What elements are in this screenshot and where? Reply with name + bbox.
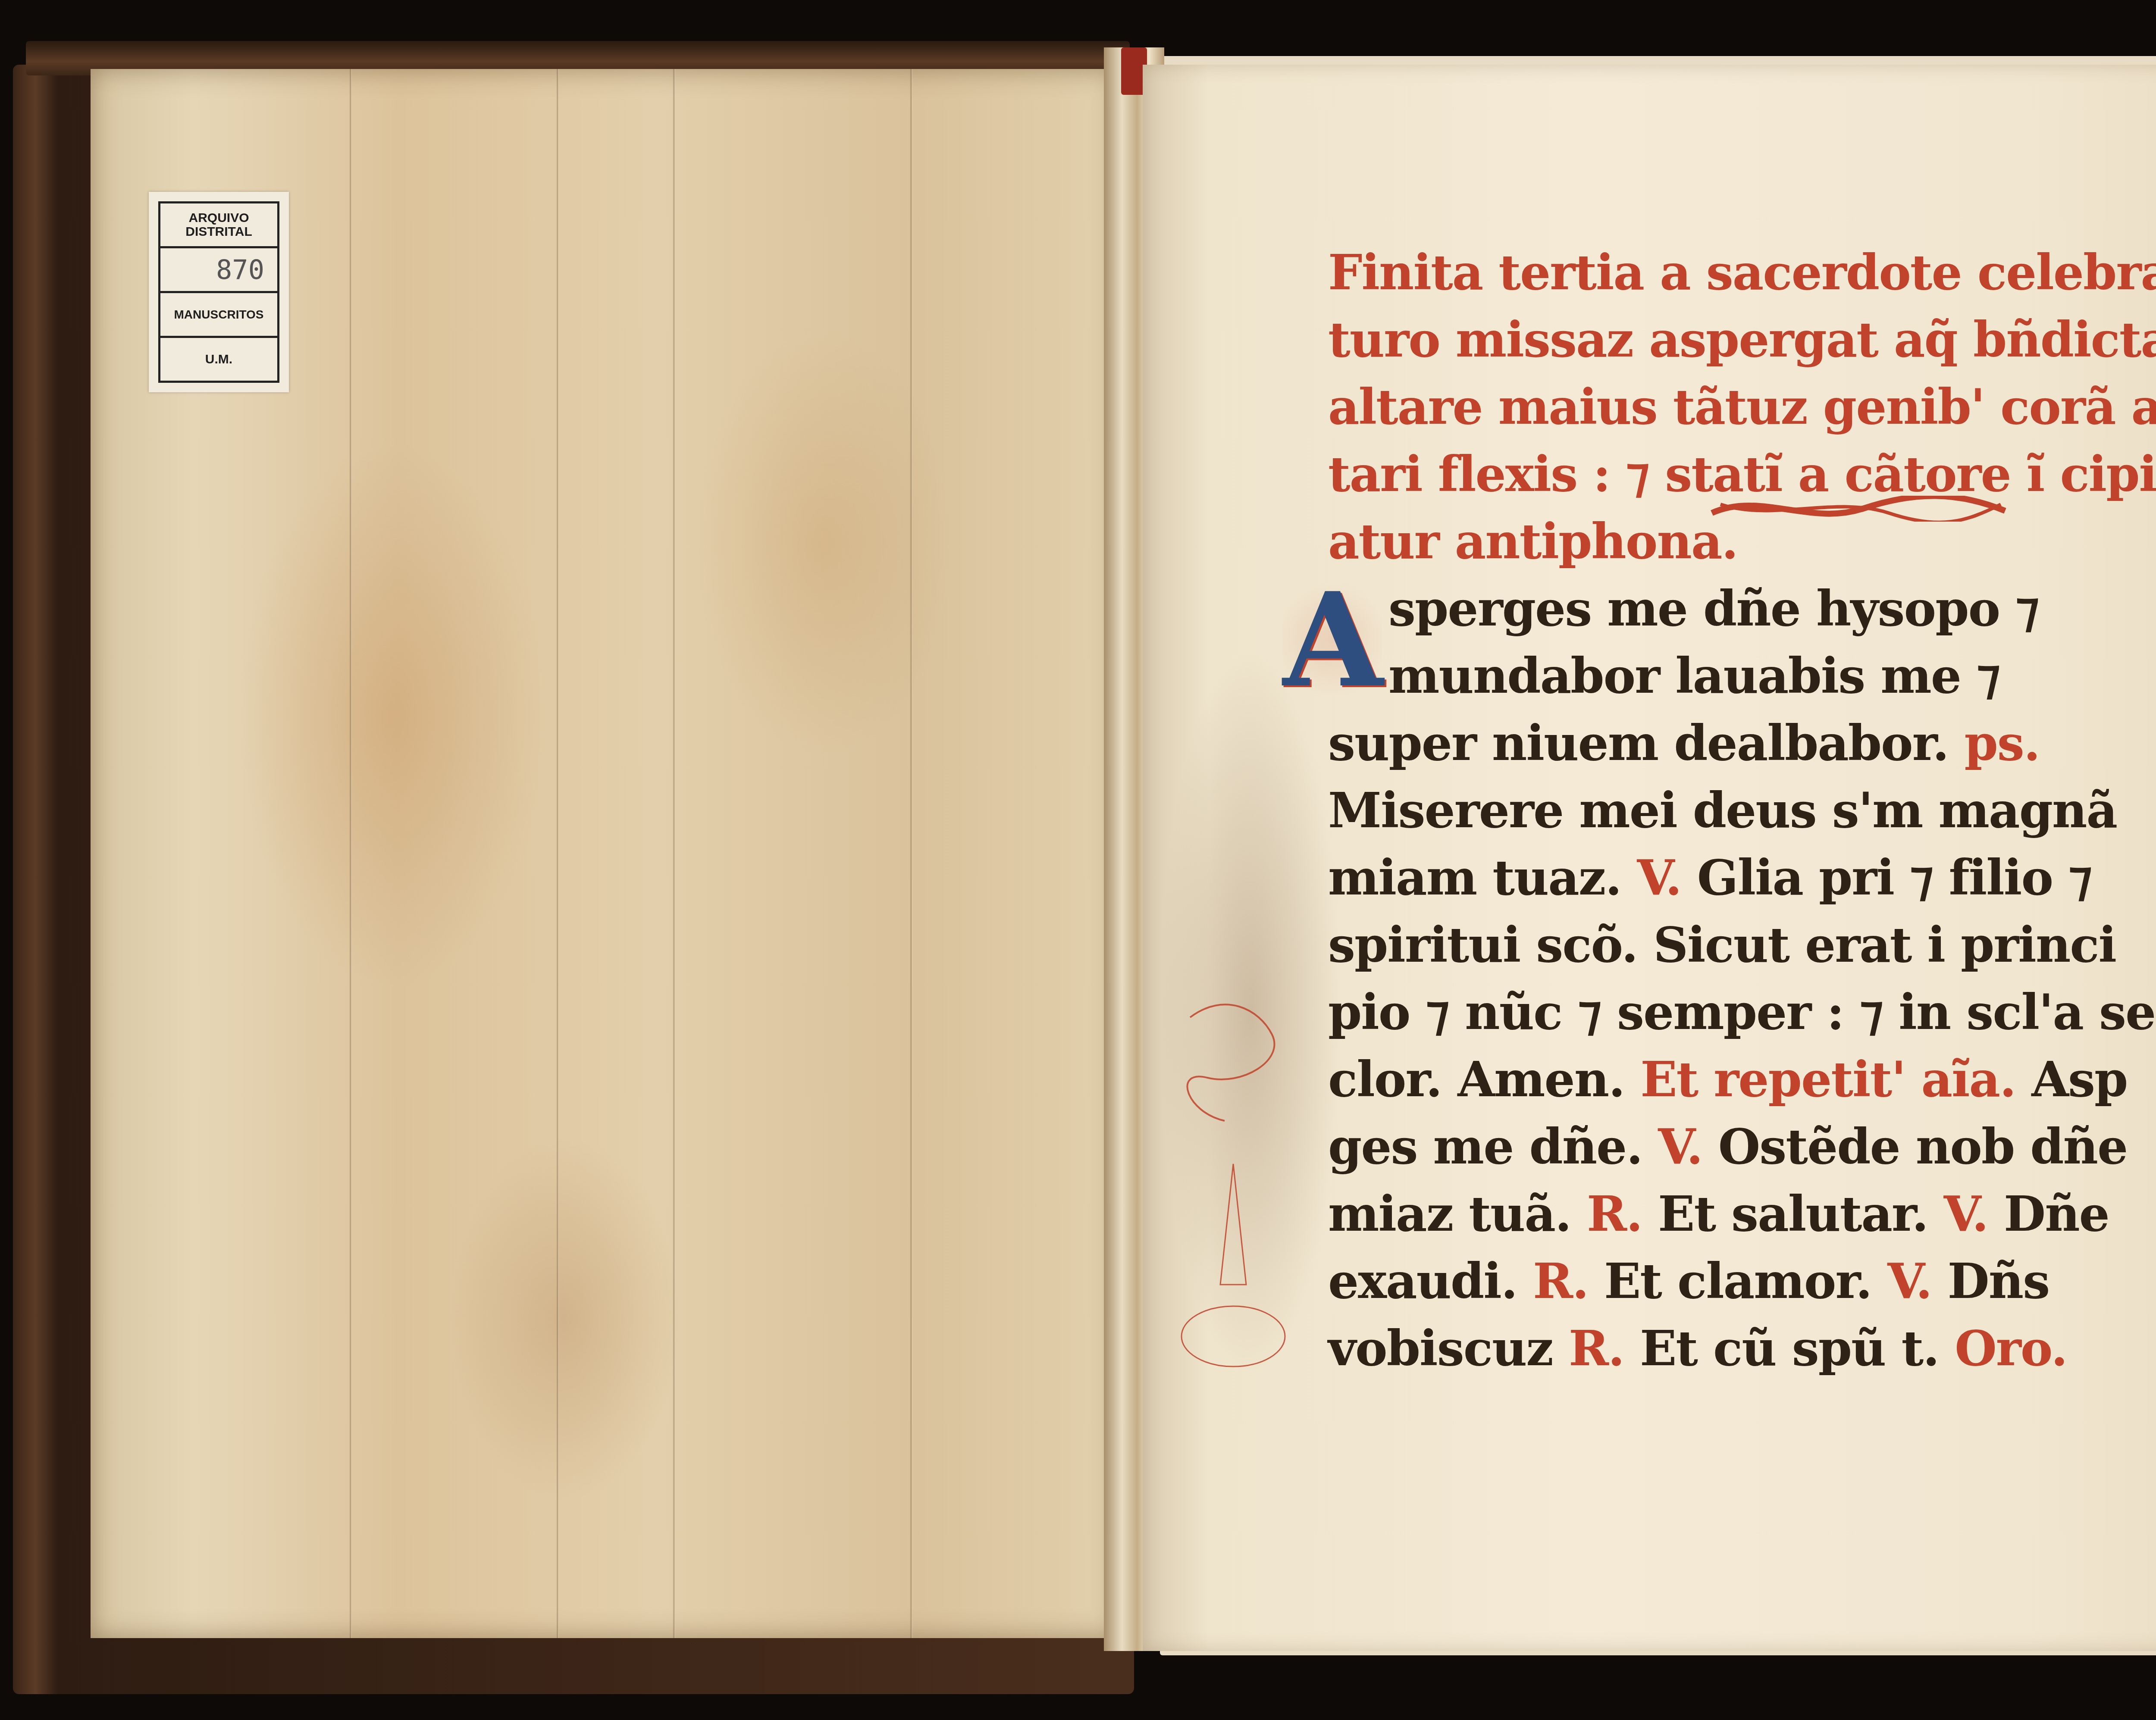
- rubric-line: altare maius tãtuz genib' corã al: [1328, 374, 2044, 441]
- crease: [910, 69, 912, 1638]
- label-shelfmark-number: 870: [160, 248, 277, 293]
- response-mark: R.: [1553, 1320, 1640, 1377]
- illuminated-initial-A: A: [1283, 575, 1382, 705]
- text-line: mundabor lauabis me ⁊: [1328, 643, 2044, 710]
- text-line: spiritui scõ. Sicut erat i princi: [1328, 912, 2044, 979]
- text-line: exaudi. R. Et clamor. V. Dñs: [1328, 1248, 2044, 1315]
- rubric-line: atur antiphona.: [1328, 508, 2044, 575]
- manuscript-text-block: Finita tertia a sacerdote celebra turo m…: [1328, 239, 2044, 1382]
- oratio-rubric: Oro.: [1939, 1320, 2067, 1377]
- text-line: sperges me dñe hysopo ⁊: [1328, 575, 2044, 643]
- response-mark: R.: [1571, 1186, 1658, 1242]
- rubric-instruction: Et repetit' aĩa.: [1624, 1051, 2031, 1108]
- versicle-mark: V.: [1871, 1253, 1947, 1310]
- crease: [673, 69, 675, 1638]
- text-line: miam tuaz. V. Glia pri ⁊ filio ⁊: [1328, 844, 2044, 912]
- label-institution: ARQUIVODISTRITAL: [160, 203, 277, 248]
- rubric-abbrev: ps.: [1949, 715, 2040, 772]
- text-line: pio ⁊ nũc ⁊ semper : ⁊ in scl'a se: [1328, 979, 2044, 1046]
- text-line: Miserere mei deus s'm magnã: [1328, 777, 2044, 844]
- text-line: super niuem dealbabor. ps.: [1328, 710, 2044, 777]
- versicle-mark: V.: [1642, 1119, 1718, 1175]
- versicle-mark: V.: [1621, 850, 1697, 906]
- rubric-line: turo missaz aspergat aq̃ bñdicta: [1328, 306, 2044, 374]
- text-line: miaz tuã. R. Et salutar. V. Dñe: [1328, 1181, 2044, 1248]
- label-owner: U.M.: [160, 338, 277, 381]
- text-line: ges me dñe. V. Ostẽde nob dñe: [1328, 1113, 2044, 1181]
- red-pen-flourish-decoration: [1173, 983, 1294, 1392]
- response-mark: R.: [1517, 1253, 1604, 1310]
- rubric-line: Finita tertia a sacerdote celebra: [1328, 239, 2044, 306]
- text-line: vobiscuz R. Et cũ spũ t. Oro.: [1328, 1315, 2044, 1382]
- versicle-mark: V.: [1928, 1186, 2004, 1242]
- label-category: MANUSCRITOS: [160, 293, 277, 338]
- rubric-line: tari flexis : ⁊ statĩ a cãtore ĩ cipi: [1328, 441, 2044, 508]
- archive-shelf-label: ARQUIVODISTRITAL 870 MANUSCRITOS U.M.: [149, 192, 289, 392]
- text-line: clor. Amen. Et repetit' aĩa. Asp: [1328, 1046, 2044, 1113]
- crease: [556, 69, 559, 1638]
- crease: [349, 69, 352, 1638]
